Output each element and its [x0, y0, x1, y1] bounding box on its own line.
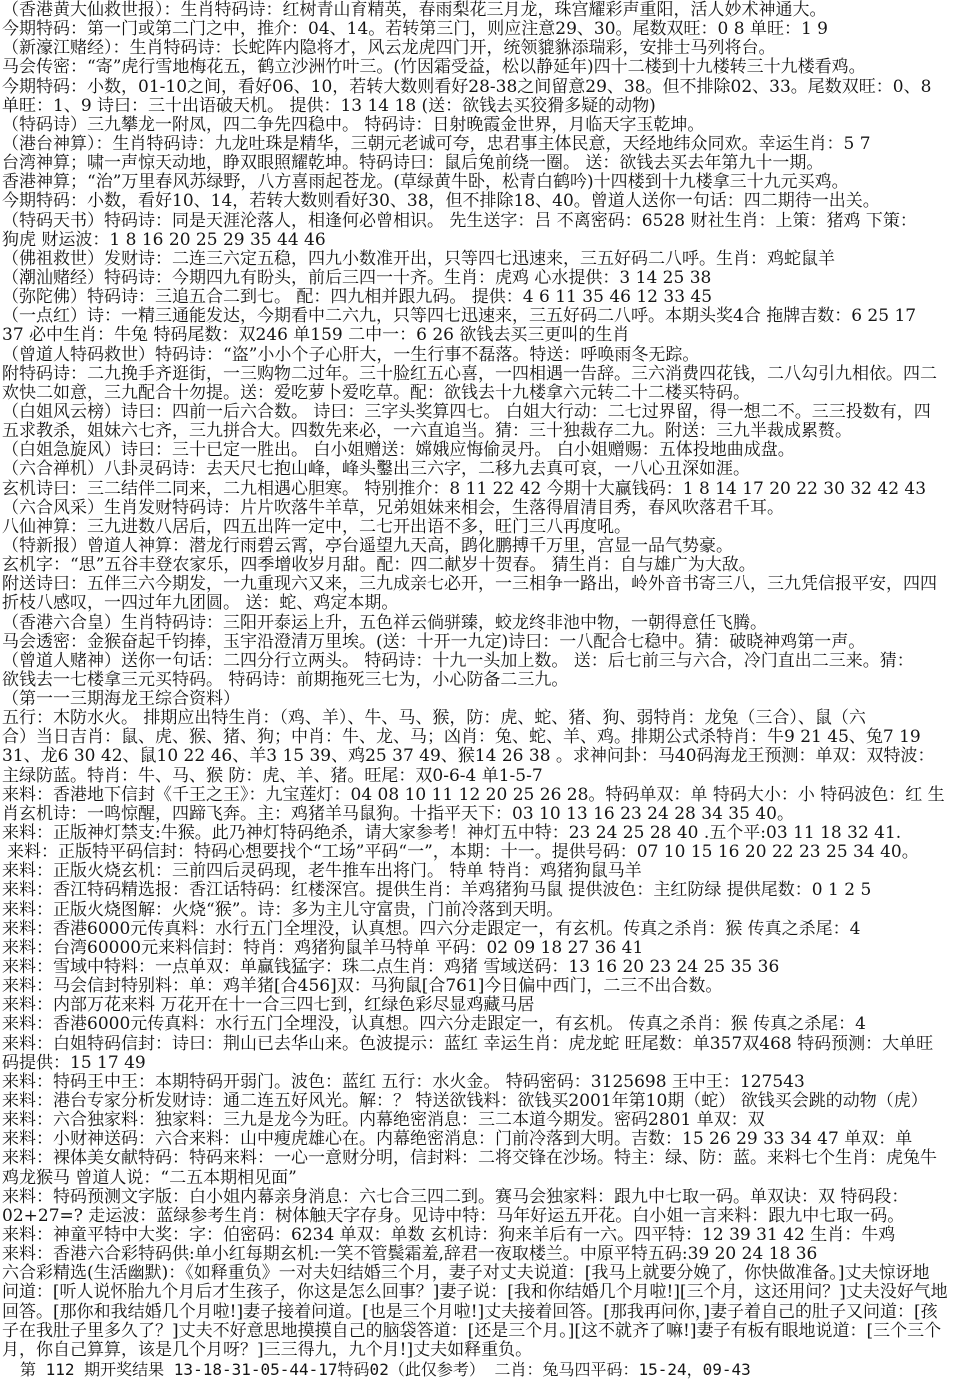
text-line: 回答。[那你和我结婚几个月啦!]妻子接着问道。[也是三个月啦!]丈夫接着回答。[… [2, 1303, 948, 1322]
text-line: 月，你自己算算，该是几个月呀？]三三得九，九个月!]丈夫如释重负。 [2, 1341, 948, 1360]
entry-baijie-jixuanfeng: （白姐急旋风）诗曰：三十已定一胜出。 白小姐赠送：嫦娥应悔偷灵丹。 白小姐赠赐：… [2, 441, 953, 460]
source-item: 来料：特码预测文字版：白小姐内幕亲身消息：六七合三四二到。赛马会独家料：跟九中七… [2, 1188, 953, 1226]
text-line: 马会透密：金猴奋起千钧捧，玉宇沿澄清万里埃。(送：十开一九定)诗曰：一八配合七稳… [2, 633, 948, 652]
draw-result-line: 第 112 期开奖结果 13-18-31-05-44-17特码02（此仅参考） … [2, 1360, 948, 1379]
text-line: 来料：香港6000元传真料：水行五门全埋没，认真想。四六分走跟定一，有玄机。 传… [2, 1015, 948, 1034]
entry-texinbao: （特新报）曾道人神算：潜龙行雨碧云霄，亭台遥望九天高，鹍化鹏搏千万里，宫显一品气… [2, 537, 953, 614]
entry-fozu-jiushi: （佛祖救世）发财诗：二连三六定五稳，四九小数准开出，只等四七迅速来，三五好码二八… [2, 250, 953, 269]
entry-gangtai-shensuan: （港台神算）：生肖特码诗：九龙吐珠是精华，三朝元老诚可夸，忠君事主体民意，天经地… [2, 135, 953, 154]
text-line: （一点红）诗：一精三通能发达，今期看中二六九，只等四七迅速来，三五好码二八呼。本… [2, 307, 948, 326]
text-line: 来料：六合独家料：独家料：三九是龙今为旺。内幕绝密消息：三二本道今期发。密码28… [2, 1111, 948, 1130]
text-line: 合）当日吉肖：鼠、虎、猴、猪、狗；中肖：牛、龙、马；凶肖：兔、蛇、羊、鸡。排期公… [2, 728, 948, 747]
text-line: （新濠江赌经）：生肖特码诗：长蛇阵内隐将才，风云龙虎四门开，统领貔貅添瑞彩，安排… [2, 39, 948, 58]
text-line: 来料：雪域中特料：一点单双：单赢钱猛字：珠二点生肖：鸡猪 雪域送码：13 16 … [2, 958, 948, 977]
source-item: 来料：雪域中特料：一点单双：单赢钱猛字：珠二点生肖：鸡猪 雪域送码：13 16 … [2, 958, 953, 977]
text-line: （潮汕赌经）特码诗：今期四九有盼头，前后三四一十齐。生肖：虎鸡 心水提供：3 1… [2, 269, 948, 288]
text-line: （弥陀佛）特码诗：三追五合二到七。 配：四九相并跟九码。 提供：4 6 11 3… [2, 288, 948, 307]
entry-mituofo: （弥陀佛）特码诗：三追五合二到七。 配：四九相并跟九码。 提供：4 6 11 3… [2, 288, 953, 307]
text-line: 37 必中生肖：牛兔 特码尾数：双246 单159 二中一：6 26 欲钱去买三… [2, 326, 948, 345]
text-line: 来料：正版火烧玄机：三前四后灵码现，老牛推车出将门。 特单 特肖：鸡猪狗鼠马羊 [2, 862, 948, 881]
entry-tema-tianshu: （特码天书）特码诗：同是天涯沦落人，相逢何必曾相识。 先生送字：吕 不离密码：6… [2, 212, 953, 250]
text-line: 来料：内部万花来料 万花开在十一合三四七到，红绿色彩尽显鸡藏马居 [2, 996, 948, 1015]
text-line: 八仙神算：三九进数八居后，四五出阵一定中，二七开出语不多，旺门三八再度吼。 [2, 518, 948, 537]
text-line: （特码天书）特码诗：同是天涯沦落人，相逢何必曾相识。 先生送字：吕 不离密码：6… [2, 212, 948, 231]
source-item: 来料：台湾60000元来料信封：特肖：鸡猪狗鼠羊马特单 平码：02 09 18 … [2, 939, 953, 958]
text-line: （特码诗）三九攀龙一附凤，四二争先四稳中。 特码诗：日射晚霞金世界，月临天字玉乾… [2, 116, 948, 135]
text-line: 欲钱去一七楼拿三元买特码。 特码诗：前期拖死三七为，小心防备二三九。 [2, 671, 948, 690]
text-line: 来料：香江特码精选报：香江话特码：红楼深宫。提供生肖：羊鸡猪狗马鼠 提供波色：主… [2, 881, 948, 900]
entry-hk-shensuan: 香港神算；“治”万里春风苏绿野，八方喜雨起苍龙。(草绿黄牛卧，松青白鹤吟)十四楼… [2, 173, 953, 211]
text-line: 今期特码：小数，看好10、14，若转大数则看好30、38，但不排除18、40。曾… [2, 192, 948, 211]
scanned-document-page: （香港黄大仙救世报）：生肖特码诗：红树青山育精英，春雨梨花三月龙，珠宫耀彩声重阳… [0, 0, 953, 1388]
source-item: 来料：正版火烧图解：火烧“猴”。诗：多为主儿守富贵，门前冷落到天明。 [2, 901, 953, 920]
text-line: 02+27=? 走运波：蓝绿参考生肖：树体触天字存身。见诗中特：马年好运五开花。… [2, 1207, 948, 1226]
text-line: 附特码诗：二九挽手齐逛街，一三购物二过年。三十脸红五心喜，一四相遇一告辞。三六消… [2, 365, 948, 384]
text-line: 玄机字：“思”五谷丰登农家乐，四季增收岁月甜。配：四二献岁十贺春。 猜生肖：自与… [2, 556, 948, 575]
text-line: 主绿防蓝。特肖：牛、马、猴 防：虎、羊、猪。旺尾：双0-6-4 单1-5-7 [2, 767, 948, 786]
text-line: 来料：正版火烧图解：火烧“猴”。诗：多为主儿守富贵，门前冷落到天明。 [2, 901, 948, 920]
source-item: 来料：正版神灯禁支:牛猴。此乃神灯特码绝杀，请大家参考！神灯五中特：23 24 … [2, 824, 953, 843]
source-item: 来料：神童平特中大奖：字：伯密码：6234 单双：单数 玄机诗：狗来羊后有一六。… [2, 1226, 953, 1245]
entry-yidianhong: （一点红）诗：一精三通能发达，今期看中二六九，只等四七迅速来，三五好码二八呼。本… [2, 307, 953, 345]
text-line: （六合禅机）八卦灵码诗：去天尺七抱山峰，峰头鑿出三六字，二移九去真可哀，一八心丑… [2, 460, 948, 479]
text-line: 香港神算；“治”万里春风苏绿野，八方喜雨起苍龙。(草绿黄牛卧，松青白鹤吟)十四楼… [2, 173, 948, 192]
entry-hk-liuhehuang: （香港六合皇）生肖特码诗：三阳开泰运上升，五色祥云倘骈臻，蛟龙终非池中物，一朝得… [2, 614, 953, 652]
text-line: （特新报）曾道人神算：潜龙行雨碧云霄，亭台遥望九天高，鹍化鹏搏千万里，宫显一品气… [2, 537, 948, 556]
text-line: （香港黄大仙救世报）：生肖特码诗：红树青山育精英，春雨梨花三月龙，珠宫耀彩声重阳… [2, 1, 948, 20]
text-line: 来料：小财神送码：六合来料：山中瘦虎雄心在。内幕绝密消息：门前冷落到大明。吉数：… [2, 1130, 948, 1149]
entry-tema-poem: （特码诗）三九攀龙一附凤，四二争先四稳中。 特码诗：日射晚霞金世界，月临天字玉乾… [2, 116, 953, 135]
source-item: 来料：小财神送码：六合来料：山中瘦虎雄心在。内幕绝密消息：门前冷落到大明。吉数：… [2, 1130, 953, 1149]
entry-baijie-fengyunbang: （白姐风云榜）诗曰：四前一后六合数。 诗曰：三字头奖算四七。 白姐大行动：二七过… [2, 403, 953, 441]
entry-liuhe-chanji: （六合禅机）八卦灵码诗：去天尺七抱山峰，峰头鑿出三六字，二移九去真可哀，一八心丑… [2, 460, 953, 498]
source-item: 来料：港台专家分析发财诗：通二连五好风光。解：？ 特送欲钱料：欲钱买2001年第… [2, 1092, 953, 1111]
humor-story: 六合彩精选(生活幽默)：《如释重负》一对夫妇结婚三个月，妻子对丈夫说道：[我马上… [2, 1264, 953, 1360]
text-line: 来料：港台专家分析发财诗：通二连五好风光。解：？ 特送欲钱料：欲钱买2001年第… [2, 1092, 948, 1111]
section-title: （第一一三期海龙王综合资料） [2, 690, 948, 709]
text-line: 问道：[听人说怀胎九个月后才生孩子，你这是怎么回事？]妻子说：[我和你结婚几个月… [2, 1283, 946, 1302]
entry-zengdaoren-dushen: （曾道人赌神）送你一句话：二四分行立两头。 特码诗：十九一头加上数。 送：后七前… [2, 652, 953, 690]
text-line: 来料：裸体美女献特码：特码来料：一心一意财分明，信封料：二将交锋在沙场。特主：绿… [2, 1149, 948, 1168]
entry-xin-haojiang-dujing: （新濠江赌经）：生肖特码诗：长蛇阵内隐将才，风云龙虎四门开，统领貔貅添瑞彩，安排… [2, 39, 953, 116]
text-line: 来料：正版神灯禁支:牛猴。此乃神灯特码绝杀，请大家参考！神灯五中特：23 24 … [2, 824, 948, 843]
text-line: （香港六合皇）生肖特码诗：三阳开泰运上升，五色祥云倘骈臻，蛟龙终非池中物，一朝得… [2, 614, 948, 633]
source-item: 来料：香港六合彩特码供:单小红每期玄机:一笑不管鬓霜羞,辞君一夜取楼兰。中原平特… [2, 1245, 953, 1264]
source-item: 来料：马会信封特别料：单：鸡羊猪[合456]双：马狗鼠[合761]今日偏中西门，… [2, 977, 953, 996]
draw-result-footer: 第 112 期开奖结果 13-18-31-05-44-17特码02（此仅参考） … [2, 1360, 953, 1379]
entry-taiwan-shensuan: 台湾神算；啸一声惊天动地，睁双眼照耀乾坤。特码诗曰：鼠后兔前绕一圈。 送：欲钱去… [2, 154, 953, 173]
text-line: 肖玄机诗：一鸣惊醒，四蹄飞奔。主：鸡猪羊马鼠狗。十指平天下：03 10 13 1… [2, 805, 948, 824]
text-line: 来料：神童平特中大奖：字：伯密码：6234 单双：单数 玄机诗：狗来羊后有一六。… [2, 1226, 948, 1245]
text-line: 来料：香港六合彩特码供:单小红每期玄机:一笑不管鬓霜羞,辞君一夜取楼兰。中原平特… [2, 1245, 948, 1264]
text-line: 鸡龙猴马 曾道人说：“二五本期相见面” [2, 1169, 948, 1188]
text-line: 欢快二如意，三九配合十勿提。送：爱吃萝卜爱吃草。配：欲钱去十九楼拿六元转二十二楼… [2, 384, 948, 403]
text-line: 来料：马会信封特别料：单：鸡羊猪[合456]双：马狗鼠[合761]今日偏中西门，… [2, 977, 948, 996]
text-line: 马会传密：“寄”虎行雪地梅花五，鹤立沙洲竹叶三。(竹因霜受益，松以静延年)四十二… [2, 58, 948, 77]
text-line: 玄机诗曰：三二结伴二同来，二九相遇心胆寒。 特别推介：8 11 22 42 今期… [2, 480, 948, 499]
text-line: 来料：正版特平码信封：特码心想要找个“工场”平码“一”，本期：十一。提供号码：0… [2, 843, 948, 862]
entry-zengdaoren-jiushi: （曾道人特码救世）特码诗：“盗”小小个子心肝大，一生行事不磊落。特送：呼唤雨冬无… [2, 346, 953, 403]
text-line: 来料：香港地下信封《千王之王》：九宝莲灯：04 08 10 11 12 20 2… [2, 786, 948, 805]
source-item: 来料：特码王中王：本期特码开弱门。波色：蓝红 五行：水火金。 特码密码：3125… [2, 1073, 953, 1092]
source-item: 来料：内部万花来料 万花开在十一合三四七到，红绿色彩尽显鸡藏马居 [2, 996, 953, 1015]
text-line: （曾道人特码救世）特码诗：“盗”小小个子心肝大，一生行事不磊落。特送：呼唤雨冬无… [2, 346, 948, 365]
text-line: 五行：木防水火。 排期应出特生肖：（鸡、羊）、牛、马、猴，防：虎、蛇、猪、狗、弱… [2, 709, 948, 728]
text-line: 码提供：15 17 49 [2, 1054, 948, 1073]
text-line: 子在我肚子里多久了？]丈夫不好意思地摸摸自己的脑袋答道：[还是三个月。][这不就… [2, 1322, 948, 1341]
text-line: 来料：白姐特码信封：诗曰：荆山已去华山来。色波提示：蓝红 幸运生肖：虎龙蛇 旺尾… [2, 1035, 948, 1054]
source-item: 来料：香港6000元传真料：水行五门全埋没，认真想。四六分走跟定一，有玄机。传真… [2, 920, 953, 939]
text-line: 来料：特码王中王：本期特码开弱门。波色：蓝红 五行：水火金。 特码密码：3125… [2, 1073, 948, 1092]
section-hailongwang-summary: （第一一三期海龙王综合资料） 五行：木防水火。 排期应出特生肖：（鸡、羊）、牛、… [2, 690, 953, 786]
source-item: 来料：香港6000元传真料：水行五门全埋没，认真想。四六分走跟定一，有玄机。 传… [2, 1015, 953, 1034]
text-line: 来料：香港6000元传真料：水行五门全埋没，认真想。四六分走跟定一，有玄机。传真… [2, 920, 948, 939]
source-item: 来料：香港地下信封《千王之王》：九宝莲灯：04 08 10 11 12 20 2… [2, 786, 953, 824]
source-item: 来料：裸体美女献特码：特码来料：一心一意财分明，信封料：二将交锋在沙场。特主：绿… [2, 1149, 953, 1187]
text-line: 今期特码：小数，01-10之间，看好06、10，若转大数则看好28-38之间留意… [2, 78, 948, 97]
source-item: 来料：香江特码精选报：香江话特码：红楼深宫。提供生肖：羊鸡猪狗马鼠 提供波色：主… [2, 881, 953, 900]
text-line: （六合风采）生肖发财特码诗：片片吹落牛羊草，兄弟姐妹来相会，生落得眉清目秀，春风… [2, 499, 948, 518]
text-line: 六合彩精选(生活幽默)：《如释重负》一对夫妇结婚三个月，妻子对丈夫说道：[我马上… [2, 1264, 948, 1283]
source-item: 来料：六合独家料：独家料：三九是龙今为旺。内幕绝密消息：三二本道今期发。密码28… [2, 1111, 953, 1130]
text-line: 来料：特码预测文字版：白小姐内幕亲身消息：六七合三四二到。赛马会独家料：跟九中七… [2, 1188, 948, 1207]
text-line: 折枝八感叹，一四过年九团圆。 送：蛇、鸡定本期。 [2, 594, 948, 613]
text-line: 台湾神算；啸一声惊天动地，睁双眼照耀乾坤。特码诗曰：鼠后兔前绕一圈。 送：欲钱去… [2, 154, 948, 173]
source-item: 来料：白姐特码信封：诗曰：荆山已去华山来。色波提示：蓝红 幸运生肖：虎龙蛇 旺尾… [2, 1035, 953, 1073]
text-line: 附送诗曰：五伴三六今期发，一九重现六又来，三九成亲七必开，一三相争一路出，岭外音… [2, 575, 948, 594]
text-line: 今期特码：第一门或第二门之中，推介：04、14。若转第三门，则应注意29、30。… [2, 20, 948, 39]
text-line: （佛祖救世）发财诗：二连三六定五稳，四九小数准开出，只等四七迅速来，三五好码二八… [2, 250, 948, 269]
entry-liuhe-fengcai: （六合风采）生肖发财特码诗：片片吹落牛羊草，兄弟姐妹来相会，生落得眉清目秀，春风… [2, 499, 953, 537]
text-line: （港台神算）：生肖特码诗：九龙吐珠是精华，三朝元老诚可夸，忠君事主体民意，天经地… [2, 135, 948, 154]
text-line: 单旺：1、9 诗曰：三十出语破天机。 提供：13 14 18 (送：欲钱去买狡猾… [2, 97, 948, 116]
text-line: 来料：台湾60000元来料信封：特肖：鸡猪狗鼠羊马特单 平码：02 09 18 … [2, 939, 948, 958]
text-line: 狗虎 财运波：1 8 16 20 25 29 35 44 46 [2, 231, 948, 250]
text-line: 五求教杀，姐妹六七齐，三九拼合大。四数先来必，一六直追当。猜：三十独裁存二九。附… [2, 422, 948, 441]
text-line: （曾道人赌神）送你一句话：二四分行立两头。 特码诗：十九一头加上数。 送：后七前… [2, 652, 948, 671]
text-line: （白姐风云榜）诗曰：四前一后六合数。 诗曰：三字头奖算四七。 白姐大行动：二七过… [2, 403, 948, 422]
entry-hk-wong-tai-sin: （香港黄大仙救世报）：生肖特码诗：红树青山育精英，春雨梨花三月龙，珠宫耀彩声重阳… [2, 1, 953, 39]
entry-chaoshan-dujing: （潮汕赌经）特码诗：今期四九有盼头，前后三四一十齐。生肖：虎鸡 心水提供：3 1… [2, 269, 953, 288]
source-item: 来料：正版特平码信封：特码心想要找个“工场”平码“一”，本期：十一。提供号码：0… [2, 843, 953, 862]
text-line: （白姐急旋风）诗曰：三十已定一胜出。 白小姐赠送：嫦娥应悔偷灵丹。 白小姐赠赐：… [2, 441, 948, 460]
source-item: 来料：正版火烧玄机：三前四后灵码现，老牛推车出将门。 特单 特肖：鸡猪狗鼠马羊 [2, 862, 953, 881]
text-line: 31、龙6 30 42、鼠10 22 46、羊3 15 39、鸡25 37 49… [2, 747, 948, 766]
